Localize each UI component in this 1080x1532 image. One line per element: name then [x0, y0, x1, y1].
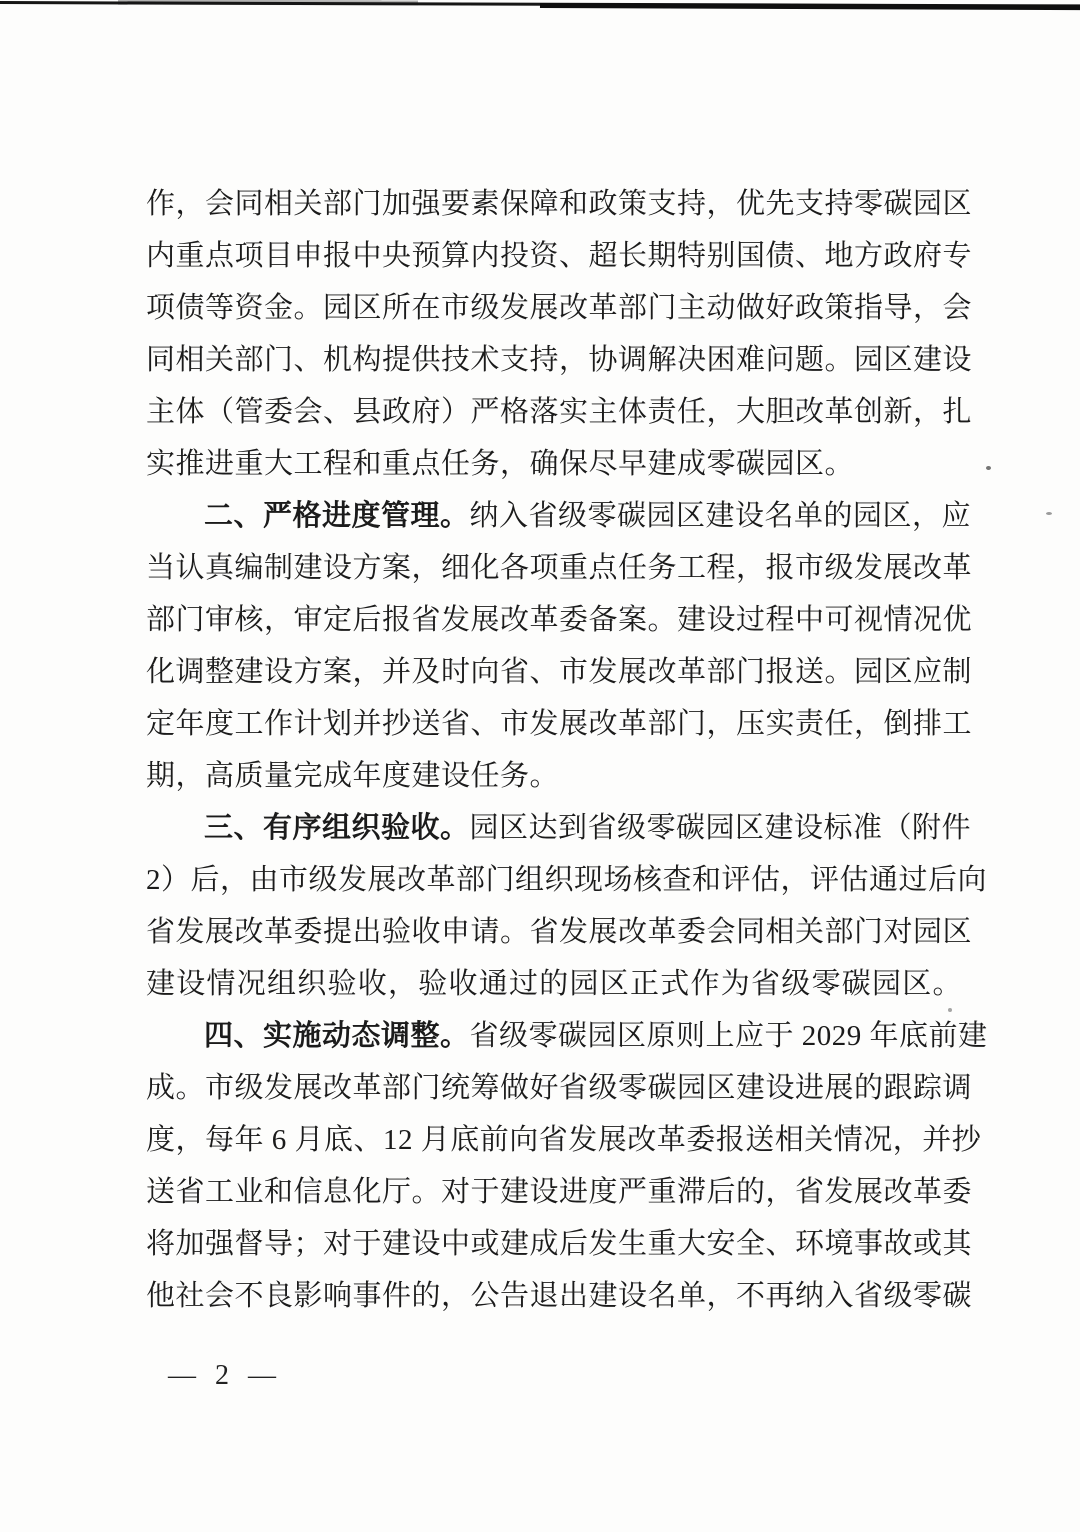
text-line: 同相关部门、机构提供技术支持，协调解决困难问题。园区建设	[146, 334, 962, 386]
text-line: 成。市级发展改革部门统筹做好省级零碳园区建设进展的跟踪调	[146, 1062, 962, 1114]
text-block: 作，会同相关部门加强要素保障和政策支持，优先支持零碳园区内重点项目申报中央预算内…	[146, 178, 962, 1322]
scan-artifact-top-line-thick	[540, 3, 1080, 10]
text-line: 实推进重大工程和重点任务，确保尽早建成零碳园区。	[146, 438, 962, 490]
text-line: 部门审核，审定后报省发展改革委备案。建设过程中可视情况优	[146, 594, 962, 646]
text-line: 期，高质量完成年度建设任务。	[146, 750, 962, 802]
body-text: 定年度工作计划并抄送省、市发展改革部门，压实责任，倒排工	[146, 708, 972, 740]
body-text: 省发展改革委提出验收申请。省发展改革委会同相关部门对园区	[146, 916, 972, 948]
body-text: 部门审核，审定后报省发展改革委备案。建设过程中可视情况优	[146, 604, 972, 636]
body-text: 同相关部门、机构提供技术支持，协调解决困难问题。园区建设	[146, 344, 972, 376]
text-line: 四、实施动态调整。省级零碳园区原则上应于 2029 年底前建	[146, 1010, 962, 1062]
body-text: 实推进重大工程和重点任务，确保尽早建成零碳园区。	[146, 448, 854, 480]
body-text: 作，会同相关部门加强要素保障和政策支持，优先支持零碳园区	[146, 188, 972, 220]
body-text: 内重点项目申报中央预算内投资、超长期特别国债、地方政府专	[146, 240, 972, 272]
text-line: 主体（管委会、县政府）严格落实主体责任，大胆改革创新，扎	[146, 386, 962, 438]
text-line: 二、严格进度管理。纳入省级零碳园区建设名单的园区，应	[146, 490, 962, 542]
text-line: 建设情况组织验收，验收通过的园区正式作为省级零碳园区。	[146, 958, 962, 1010]
scan-speck	[986, 466, 991, 470]
page-number: — 2 —	[168, 1360, 282, 1392]
text-line: 作，会同相关部门加强要素保障和政策支持，优先支持零碳园区	[146, 178, 962, 230]
text-line: 化调整建设方案，并及时向省、市发展改革部门报送。园区应制	[146, 646, 962, 698]
text-line: 三、有序组织验收。园区达到省级零碳园区建设标准（附件	[146, 802, 962, 854]
body-text: 主体（管委会、县政府）严格落实主体责任，大胆改革创新，扎	[146, 396, 972, 428]
body-text: 建设情况组织验收，验收通过的园区正式作为省级零碳园区。	[146, 968, 962, 1000]
body-text: 2）后，由市级发展改革部门组织现场核查和评估，评估通过后向	[146, 864, 987, 896]
body-text: 成。市级发展改革部门统筹做好省级零碳园区建设进展的跟踪调	[146, 1072, 972, 1104]
text-line: 项债等资金。园区所在市级发展改革部门主动做好政策指导，会	[146, 282, 962, 334]
body-text: 他社会不良影响事件的，公告退出建设名单，不再纳入省级零碳	[146, 1280, 972, 1312]
text-line: 当认真编制建设方案，细化各项重点任务工程，报市级发展改革	[146, 542, 962, 594]
body-text: 将加强督导；对于建设中或建成后发生重大安全、环境事故或其	[146, 1228, 972, 1260]
body-text: 化调整建设方案，并及时向省、市发展改革部门报送。园区应制	[146, 656, 972, 688]
text-line: 他社会不良影响事件的，公告退出建设名单，不再纳入省级零碳	[146, 1270, 962, 1322]
scanned-document-page: { "document": { "type": "scanned-officia…	[0, 0, 1080, 1532]
body-text: 当认真编制建设方案，细化各项重点任务工程，报市级发展改革	[146, 552, 972, 584]
body-text: 度，每年 6 月底、12 月底前向省发展改革委报送相关情况，并抄	[146, 1124, 981, 1156]
scan-speck	[1046, 512, 1052, 515]
section-heading: 四、实施动态调整。	[204, 1020, 470, 1052]
text-line: 度，每年 6 月底、12 月底前向省发展改革委报送相关情况，并抄	[146, 1114, 962, 1166]
text-line: 2）后，由市级发展改革部门组织现场核查和评估，评估通过后向	[146, 854, 962, 906]
body-text: 纳入省级零碳园区建设名单的园区，应	[470, 500, 972, 532]
body-text: 送省工业和信息化厅。对于建设进度严重滞后的，省发展改革委	[146, 1176, 972, 1208]
section-heading: 三、有序组织验收。	[204, 812, 470, 844]
body-text: 省级零碳园区原则上应于 2029 年底前建	[470, 1020, 988, 1052]
text-line: 省发展改革委提出验收申请。省发展改革委会同相关部门对园区	[146, 906, 962, 958]
section-heading: 二、严格进度管理。	[204, 500, 470, 532]
body-text: 期，高质量完成年度建设任务。	[146, 760, 559, 792]
text-line: 将加强督导；对于建设中或建成后发生重大安全、环境事故或其	[146, 1218, 962, 1270]
body-text: 项债等资金。园区所在市级发展改革部门主动做好政策指导，会	[146, 292, 972, 324]
text-line: 定年度工作计划并抄送省、市发展改革部门，压实责任，倒排工	[146, 698, 962, 750]
text-line: 内重点项目申报中央预算内投资、超长期特别国债、地方政府专	[146, 230, 962, 282]
text-line: 送省工业和信息化厅。对于建设进度严重滞后的，省发展改革委	[146, 1166, 962, 1218]
body-text: 园区达到省级零碳园区建设标准（附件	[470, 812, 972, 844]
